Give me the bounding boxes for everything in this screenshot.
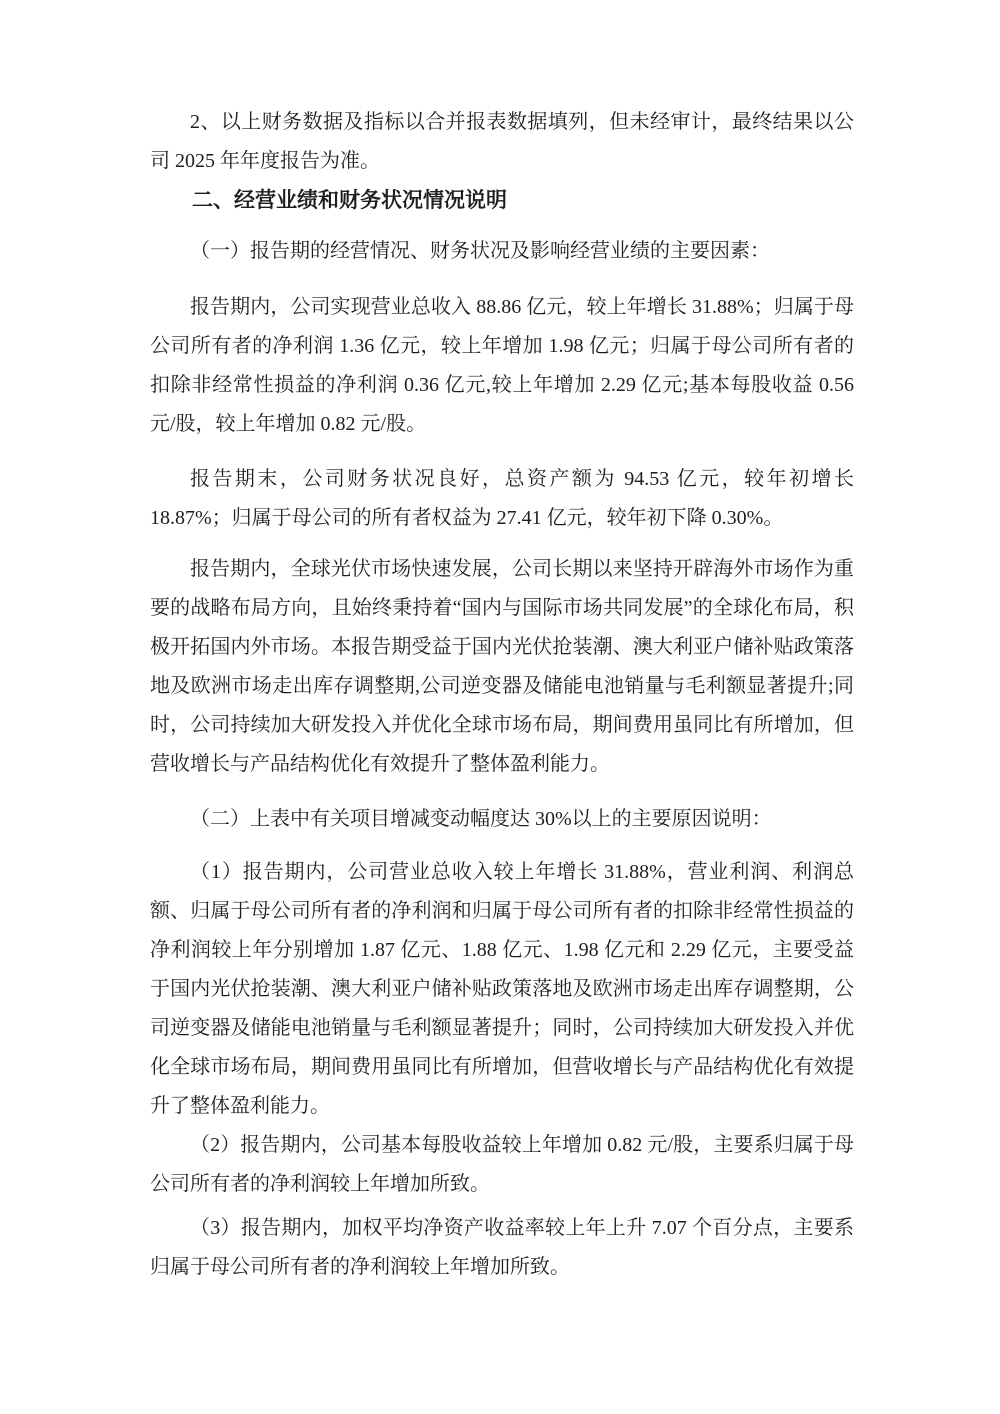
- section-heading-business-performance: 二、经营业绩和财务状况情况说明: [150, 181, 854, 220]
- document-page: 2、以上财务数据及指标以合并报表数据填列，但未经审计，最终结果以公司 2025 …: [0, 0, 1000, 1414]
- para-subsection-2-title: （二）上表中有关项目增减变动幅度达 30%以上的主要原因说明：: [150, 800, 854, 839]
- para-audit-note: 2、以上财务数据及指标以合并报表数据填列，但未经审计，最终结果以公司 2025 …: [150, 103, 854, 181]
- para-reason-2: （2）报告期内，公司基本每股收益较上年增加 0.82 元/股，主要系归属于母公司…: [150, 1126, 854, 1204]
- para-operating-results: 报告期内，公司实现营业总收入 88.86 亿元，较上年增长 31.88%；归属于…: [150, 288, 854, 444]
- para-subsection-1-title: （一）报告期的经营情况、财务状况及影响经营业绩的主要因素：: [150, 232, 854, 271]
- para-reason-1: （1）报告期内，公司营业总收入较上年增长 31.88%，营业利润、利润总额、归属…: [150, 853, 854, 1126]
- para-financial-position: 报告期末，公司财务状况良好，总资产额为 94.53 亿元，较年初增长 18.87…: [150, 460, 854, 538]
- para-market-overview: 报告期内，全球光伏市场快速发展，公司长期以来坚持开辟海外市场作为重要的战略布局方…: [150, 550, 854, 784]
- para-reason-3: （3）报告期内，加权平均净资产收益率较上年上升 7.07 个百分点，主要系归属于…: [150, 1209, 854, 1287]
